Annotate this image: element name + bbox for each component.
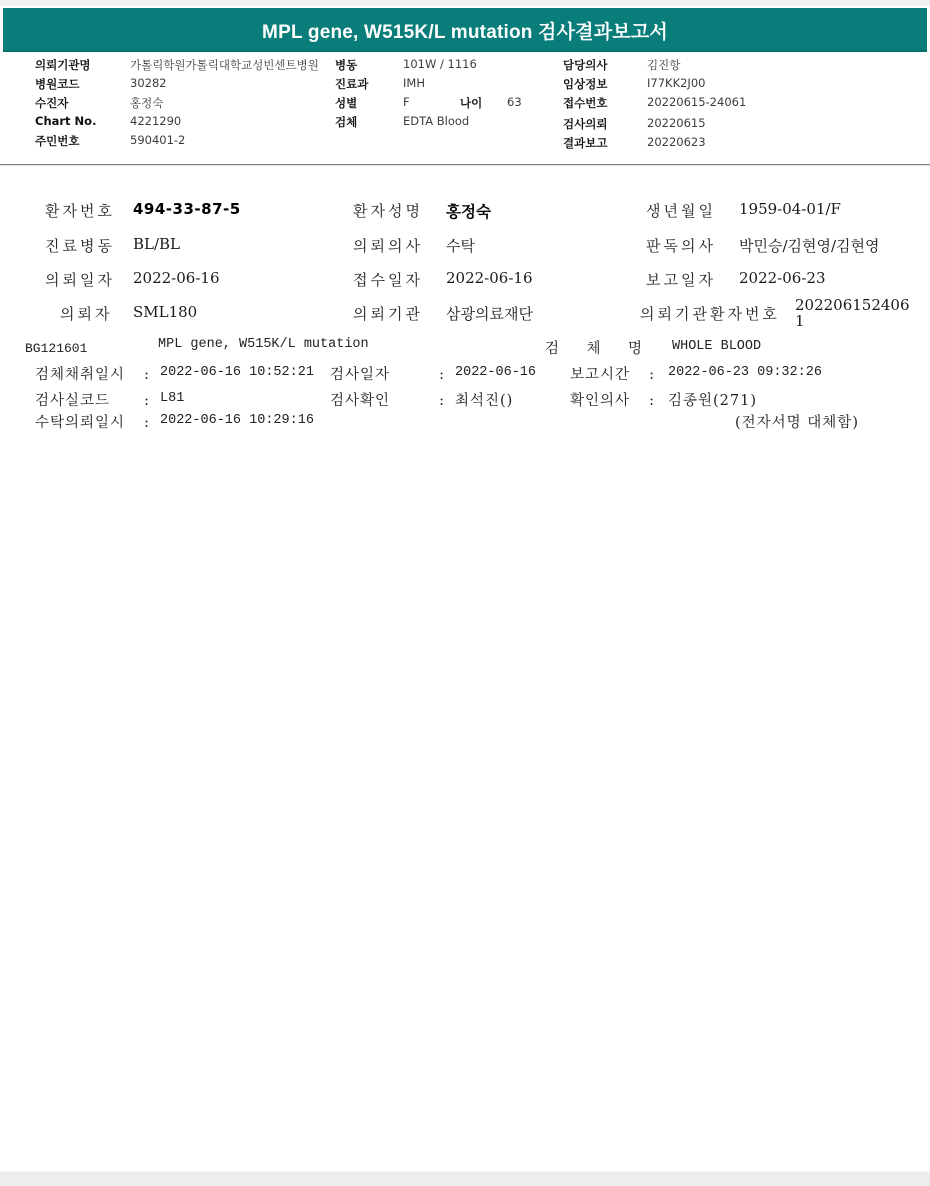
test-verify-value: 최석진() — [455, 389, 513, 410]
request-doctor-value: 수탁 — [446, 235, 475, 256]
receipt-no-value: 20220615-24061 — [647, 95, 746, 109]
result-report-value: 20220623 — [647, 135, 706, 149]
requester-value: SML180 — [133, 303, 197, 321]
org-name-label: 의뢰기관명 — [35, 57, 91, 73]
test-verify-label: 검사확인 : — [330, 389, 445, 410]
specimen-value: EDTA Blood — [403, 114, 469, 128]
report-title: MPL gene, W515K/L mutation 검사결과보고서 — [262, 17, 668, 44]
clinical-info-label: 임상정보 — [563, 76, 607, 92]
care-ward-value: BL/BL — [133, 235, 180, 253]
request-org-label: 의뢰기관 — [353, 303, 423, 324]
report-date-label: 보고일자 — [646, 269, 716, 290]
confirm-doctor-label: 확인의사 : — [570, 389, 655, 410]
collect-datetime-label: 검체채취일시 : — [35, 363, 150, 384]
specimen-name-label: 검 체 명 — [545, 337, 643, 358]
specimen-label: 검체 — [335, 114, 357, 130]
report-time-value: 2022-06-23 09:32:26 — [668, 365, 822, 380]
lab-code-value: L81 — [160, 391, 184, 406]
requester-label: 의뢰자 — [60, 303, 112, 324]
patient-name-label: 환자성명 — [353, 200, 423, 221]
request-org-value: 삼광의료재단 — [446, 303, 533, 324]
clinical-info-value: I77KK2J00 — [647, 76, 705, 90]
examinee-value: 홍정숙 — [130, 95, 163, 111]
bottom-window-strip — [0, 1171, 930, 1186]
test-request-label: 검사의뢰 — [563, 116, 607, 132]
patient-no-label: 환자번호 — [45, 200, 115, 221]
dept-value: IMH — [403, 76, 425, 90]
age-label: 나이 — [460, 95, 482, 111]
top-window-strip — [0, 0, 930, 6]
org-name-value: 가톨릭학원가톨릭대학교성빈센트병원 — [130, 57, 319, 73]
report-time-label: 보고시간 : — [570, 363, 655, 384]
header-divider — [0, 164, 930, 165]
patient-no-value: 494-33-87-5 — [133, 200, 241, 218]
attending-doctor-value: 김진항 — [647, 57, 680, 73]
receipt-date-value: 2022-06-16 — [446, 269, 532, 287]
lab-code-label: 검사실코드 : — [35, 389, 150, 410]
report-date-value: 2022-06-23 — [739, 269, 825, 287]
test-name: MPL gene, W515K/L mutation — [158, 337, 369, 352]
age-value: 63 — [507, 95, 522, 109]
ward-value: 101W / 1116 — [403, 57, 477, 71]
ward-label: 병동 — [335, 57, 357, 73]
resident-no-value: 590401-2 — [130, 133, 185, 147]
report-title-banner: MPL gene, W515K/L mutation 검사결과보고서 — [3, 8, 927, 52]
attending-doctor-label: 담당의사 — [563, 57, 607, 73]
collect-datetime-value: 2022-06-16 10:52:21 — [160, 365, 314, 380]
receipt-no-label: 접수번호 — [563, 95, 607, 111]
hospital-code-value: 30282 — [130, 76, 167, 90]
hospital-code-label: 병원코드 — [35, 76, 79, 92]
test-date-label: 검사일자 : — [330, 363, 445, 384]
chart-no-label: Chart No. — [35, 114, 96, 128]
consign-datetime-value: 2022-06-16 10:29:16 — [160, 413, 314, 428]
care-ward-label: 진료병동 — [45, 235, 115, 256]
esign-note: (전자서명 대체함) — [735, 411, 859, 432]
request-date-label: 의뢰일자 — [45, 269, 115, 290]
patient-name-value: 홍정숙 — [446, 200, 491, 222]
lab-report-page: { "theme": { "accent": "#087d79", "top_s… — [0, 0, 930, 1186]
org-patient-no-value: 2022061524061 — [795, 297, 911, 329]
sex-label: 성별 — [335, 95, 357, 111]
birth-date-value: 1959-04-01/F — [739, 200, 841, 218]
reading-doctor-value: 박민승/김현영/김현영 — [739, 235, 880, 256]
sex-value: F — [403, 95, 410, 109]
chart-no-value: 4221290 — [130, 114, 181, 128]
reading-doctor-label: 판독의사 — [646, 235, 716, 256]
confirm-doctor-value: 김종원(271) — [668, 389, 757, 410]
test-request-value: 20220615 — [647, 116, 706, 130]
dept-label: 진료과 — [335, 76, 368, 92]
request-date-value: 2022-06-16 — [133, 269, 219, 287]
request-doctor-label: 의뢰의사 — [353, 235, 423, 256]
examinee-label: 수진자 — [35, 95, 68, 111]
org-patient-no-label: 의뢰기관환자번호 — [640, 303, 780, 324]
consign-datetime-label: 수탁의뢰일시 : — [35, 411, 150, 432]
result-report-label: 결과보고 — [563, 135, 607, 151]
receipt-date-label: 접수일자 — [353, 269, 423, 290]
birth-date-label: 생년월일 — [646, 200, 716, 221]
specimen-name-value: WHOLE BLOOD — [672, 339, 761, 354]
resident-no-label: 주민번호 — [35, 133, 79, 149]
test-date-value: 2022-06-16 — [455, 365, 536, 380]
test-code: BG121601 — [25, 341, 87, 356]
